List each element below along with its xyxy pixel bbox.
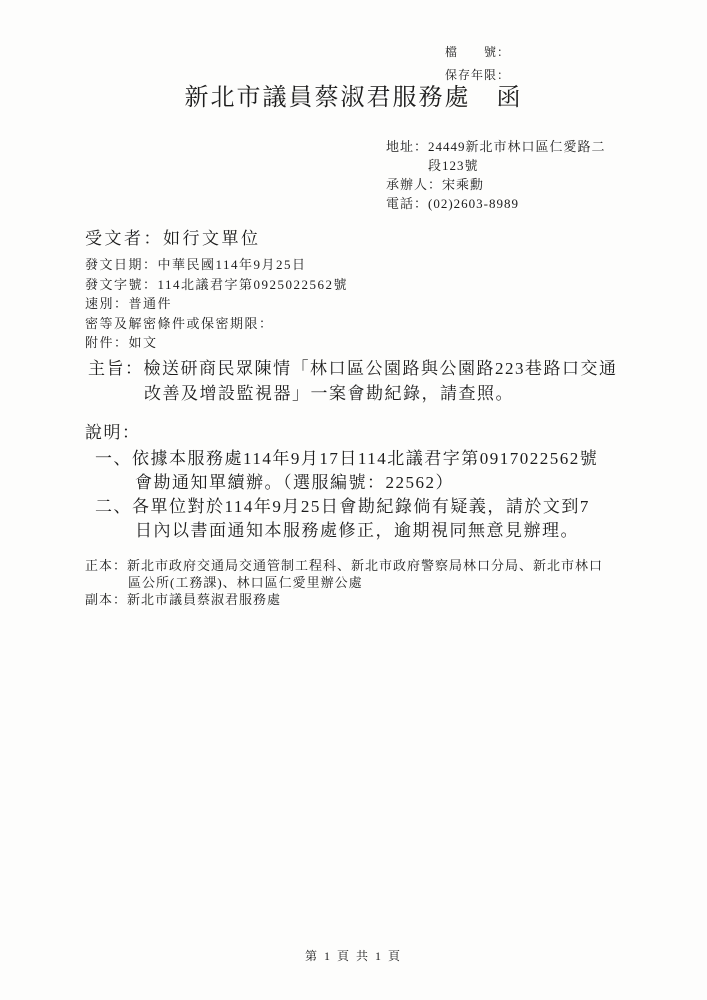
item-2-text: 各單位對於114年9月25日會勘紀錄倘有疑義，請於文到7日內以書面通知本服務處修… <box>132 497 590 540</box>
contact-name: 宋乘勳 <box>442 175 484 194</box>
item-1-text: 依據本服務處114年9月17日114北議君字第0917022562號會勘通知單續… <box>132 449 598 492</box>
issue-date-label: 發文日期： <box>85 257 158 272</box>
security-class-label: 密等及解密條件或保密期限： <box>85 316 274 331</box>
subject-text: 檢送研商民眾陳情「林口區公園路與公園路223巷路口交通改善及增設監視器」一案會勘… <box>144 359 618 403</box>
description-item-1: 一、依據本服務處114年9月17日114北議君字第0917022562號會勘通知… <box>95 447 607 495</box>
description-label: 說明： <box>85 420 607 445</box>
corner-info: 檔 號： 保存年限： <box>360 41 510 87</box>
item-2-number: 二、 <box>95 497 132 516</box>
item-1-number: 一、 <box>95 449 132 468</box>
attachment-label: 附件： <box>85 335 129 350</box>
sender-phone-row: 電話：(02)2603-8989 <box>386 194 610 213</box>
subject-label: 主旨： <box>88 359 144 378</box>
original-recipients: 新北市政府交通局交通管制工程科、新北市政府警察局林口分局、新北市林口區公所(工務… <box>127 558 603 590</box>
doc-number-row: 發文字號：114北議君字第0925022562號 <box>85 275 348 295</box>
doc-number-value: 114北議君字第0925022562號 <box>158 277 349 292</box>
attachment-value: 如文 <box>129 335 158 350</box>
original-recipients-row: 正本：新北市政府交通局交通管制工程科、新北市政府警察局林口分局、新北市林口區公所… <box>85 557 613 591</box>
attachment-row: 附件：如文 <box>85 333 348 353</box>
cc-recipients: 新北市議員蔡淑君服務處 <box>127 592 281 607</box>
file-number-label: 檔 號： <box>360 41 510 64</box>
speed-class-row: 速別：普通件 <box>85 294 348 314</box>
speed-class-label: 速別： <box>85 296 129 311</box>
sender-address-row: 地址：24449新北市林口區仁愛路二段123號 <box>386 137 610 175</box>
address-value: 24449新北市林口區仁愛路二段123號 <box>428 137 610 175</box>
contact-label: 承辦人： <box>386 175 442 194</box>
cc-label: 副本： <box>85 592 127 607</box>
address-label: 地址： <box>386 137 428 156</box>
cc-recipients-row: 副本：新北市議員蔡淑君服務處 <box>85 591 613 608</box>
doc-number-label: 發文字號： <box>85 277 158 292</box>
description-section: 說明： 一、依據本服務處114年9月17日114北議君字第0917022562號… <box>85 420 607 543</box>
document-meta-block: 發文日期：中華民國114年9月25日 發文字號：114北議君字第09250225… <box>85 255 348 353</box>
speed-class-value: 普通件 <box>129 296 173 311</box>
sender-contact-row: 承辦人：宋乘勳 <box>386 175 610 194</box>
phone-value: (02)2603-8989 <box>428 194 519 213</box>
official-letter-page: 檔 號： 保存年限： 新北市議員蔡淑君服務處 函 地址：24449新北市林口區仁… <box>0 0 707 1000</box>
security-class-row: 密等及解密條件或保密期限： <box>85 314 348 334</box>
distribution-section: 正本：新北市政府交通局交通管制工程科、新北市政府警察局林口分局、新北市林口區公所… <box>85 557 613 608</box>
original-label: 正本： <box>85 558 127 573</box>
issue-date-row: 發文日期：中華民國114年9月25日 <box>85 255 348 275</box>
description-item-2: 二、各單位對於114年9月25日會勘紀錄倘有疑義，請於文到7日內以書面通知本服務… <box>95 495 607 543</box>
issue-date-value: 中華民國114年9月25日 <box>158 257 307 272</box>
page-footer: 第 1 頁 共 1 頁 <box>0 947 707 964</box>
subject-section: 主旨：檢送研商民眾陳情「林口區公園路與公園路223巷路口交通改善及增設監視器」一… <box>88 356 622 406</box>
sender-info-block: 地址：24449新北市林口區仁愛路二段123號 承辦人：宋乘勳 電話：(02)2… <box>386 137 610 213</box>
document-title: 新北市議員蔡淑君服務處 函 <box>0 84 707 113</box>
recipient-label: 受文者： <box>85 229 163 248</box>
recipient-value: 如行文單位 <box>163 229 261 248</box>
recipient-line: 受文者：如行文單位 <box>85 224 261 249</box>
phone-label: 電話： <box>386 194 428 213</box>
